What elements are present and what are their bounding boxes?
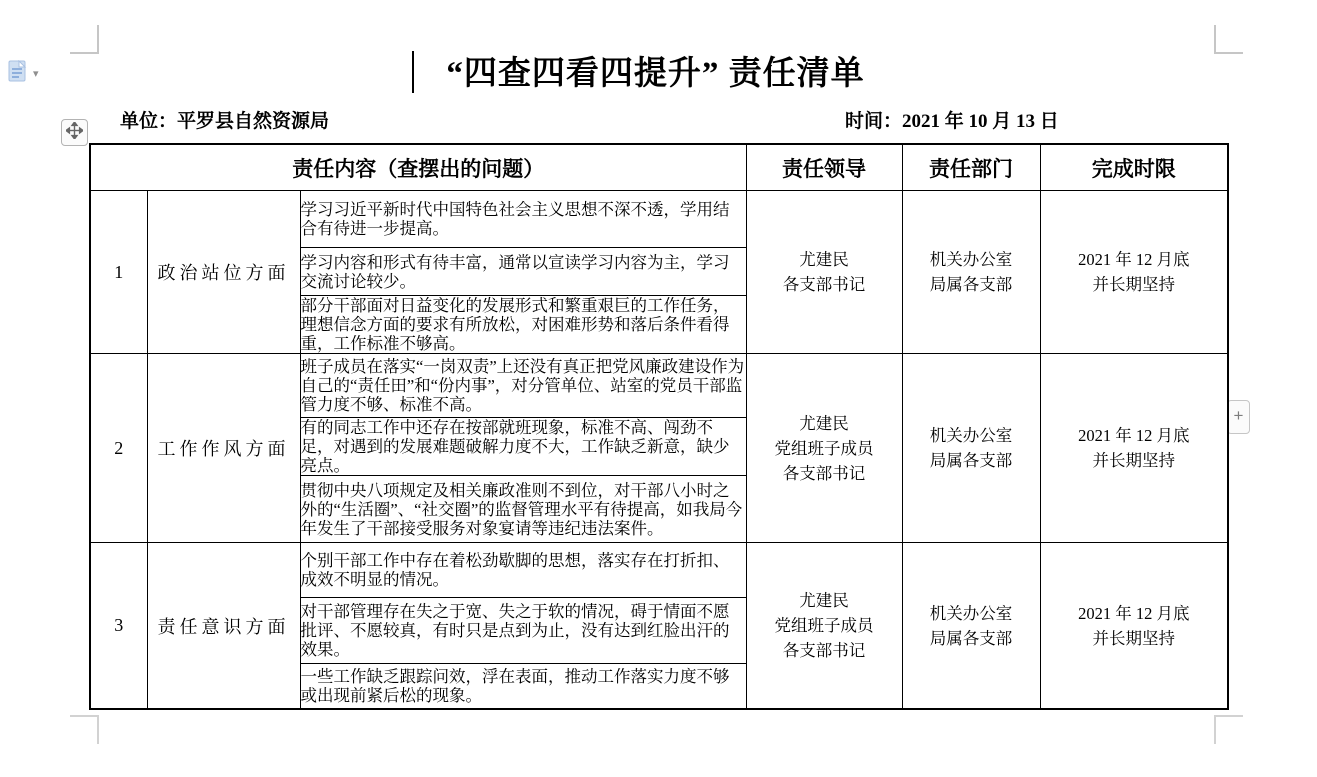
header-deadline[interactable]: 完成时限 — [1040, 144, 1228, 191]
department-cell[interactable]: 机关办公室 局属各支部 — [902, 354, 1040, 543]
problem-text[interactable]: 贯彻中央八项规定及相关廉政准则不到位，对干部八小时之外的“生活圈”、“社交圈”的… — [300, 476, 746, 543]
leader-cell[interactable]: 尤建民 党组班子成员 各支部书记 — [746, 543, 902, 710]
leader-cell[interactable]: 尤建民 党组班子成员 各支部书记 — [746, 354, 902, 543]
problem-text[interactable]: 一些工作缺乏跟踪问效，浮在表面，推动工作落实力度不够或出现前紧后松的现象。 — [300, 664, 746, 710]
add-row-button[interactable]: + — [1227, 400, 1250, 434]
problem-text[interactable]: 学习内容和形式有待丰富，通常以宣读学习内容为主，学习交流讨论较少。 — [300, 248, 746, 296]
paste-options-icon — [8, 60, 28, 87]
row-category[interactable]: 政治站位方面 — [147, 191, 300, 354]
page-title[interactable]: “四查四看四提升” 责任清单 — [97, 47, 1214, 94]
move-handle-icon — [66, 122, 83, 144]
table-row: 3 责任意识方面 个别干部工作中存在着松劲歇脚的思想，落实存在打折扣、成效不明显… — [90, 543, 1228, 598]
leader-cell[interactable]: 尤建民 各支部书记 — [746, 191, 902, 354]
row-number[interactable]: 2 — [90, 354, 147, 543]
problem-text[interactable]: 班子成员在落实“一岗双责”上还没有真正把党风廉政建设作为自己的“责任田”和“份内… — [300, 354, 746, 418]
header-leader[interactable]: 责任领导 — [746, 144, 902, 191]
chevron-down-icon[interactable]: ▾ — [33, 67, 39, 80]
header-content[interactable]: 责任内容（查摆出的问题） — [90, 144, 746, 191]
deadline-cell[interactable]: 2021 年 12 月底 并长期坚持 — [1040, 191, 1228, 354]
date-label[interactable]: 时间：2021 年 10 月 13 日 — [845, 106, 1059, 133]
problem-text[interactable]: 部分干部面对日益变化的发展形式和繁重艰巨的工作任务，理想信念方面的要求有所放松，… — [300, 296, 746, 354]
problem-text[interactable]: 对干部管理存在失之于宽、失之于软的情况，碍于情面不愿批评、不愿较真，有时只是点到… — [300, 598, 746, 664]
header-department[interactable]: 责任部门 — [902, 144, 1040, 191]
paste-options-button[interactable]: ▾ — [8, 60, 39, 87]
table-row: 2 工作作风方面 班子成员在落实“一岗双责”上还没有真正把党风廉政建设作为自己的… — [90, 354, 1228, 418]
margin-corner-mark-bottom-right — [1214, 715, 1243, 744]
deadline-cell[interactable]: 2021 年 12 月底 并长期坚持 — [1040, 543, 1228, 710]
problem-text[interactable]: 有的同志工作中还存在按部就班现象，标准不高、闯劲不足，对遇到的发展难题破解力度不… — [300, 418, 746, 476]
responsibility-table[interactable]: 责任内容（查摆出的问题） 责任领导 责任部门 完成时限 1 政治站位方面 学习习… — [89, 143, 1229, 710]
problem-text[interactable]: 学习习近平新时代中国特色社会主义思想不深不透，学用结合有待进一步提高。 — [300, 191, 746, 248]
margin-corner-mark-bottom-left — [70, 715, 99, 744]
deadline-cell[interactable]: 2021 年 12 月底 并长期坚持 — [1040, 354, 1228, 543]
plus-icon: + — [1234, 406, 1244, 425]
table-row: 1 政治站位方面 学习习近平新时代中国特色社会主义思想不深不透，学用结合有待进一… — [90, 191, 1228, 248]
document-page: ▾ + “四查四看四提升” 责任清单 单位：平罗县自然资源局 时间：2021 年… — [0, 0, 1317, 777]
margin-corner-mark-top-right — [1214, 25, 1243, 54]
row-category[interactable]: 工作作风方面 — [147, 354, 300, 543]
unit-label[interactable]: 单位：平罗县自然资源局 — [120, 106, 329, 133]
table-header-row: 责任内容（查摆出的问题） 责任领导 责任部门 完成时限 — [90, 144, 1228, 191]
margin-corner-mark-top-left — [70, 25, 99, 54]
row-category[interactable]: 责任意识方面 — [147, 543, 300, 710]
department-cell[interactable]: 机关办公室 局属各支部 — [902, 543, 1040, 710]
department-cell[interactable]: 机关办公室 局属各支部 — [902, 191, 1040, 354]
row-number[interactable]: 3 — [90, 543, 147, 710]
row-number[interactable]: 1 — [90, 191, 147, 354]
table-move-handle[interactable] — [61, 119, 88, 146]
problem-text[interactable]: 个别干部工作中存在着松劲歇脚的思想，落实存在打折扣、成效不明显的情况。 — [300, 543, 746, 598]
